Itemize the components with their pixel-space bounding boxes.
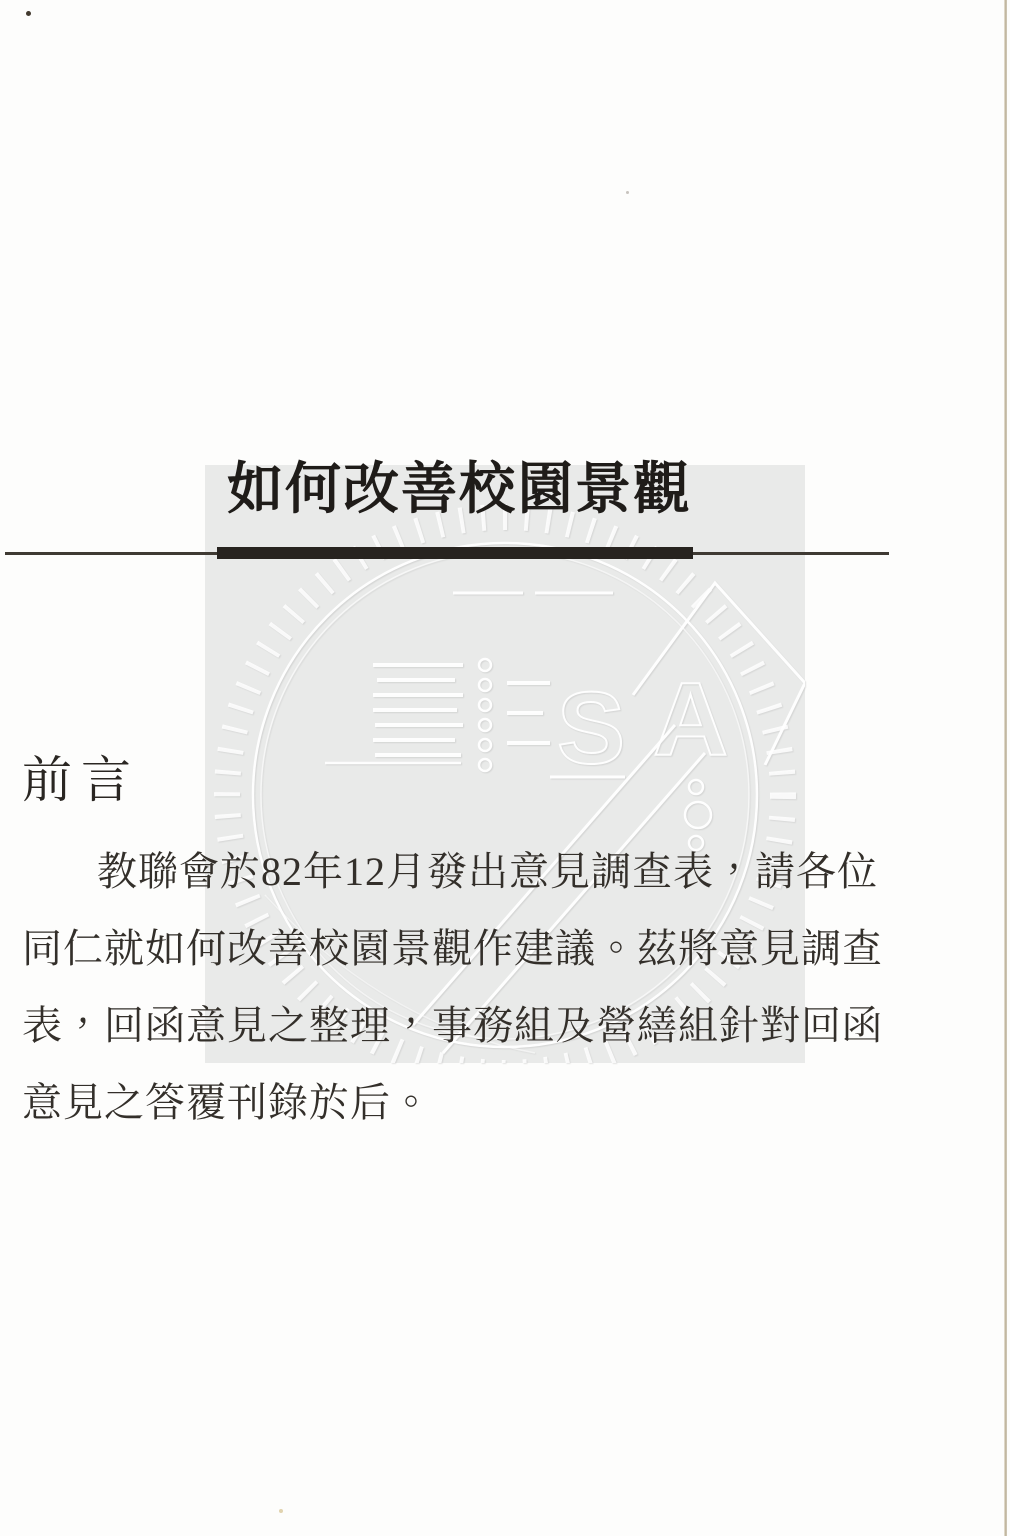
page-title: 如何改善校園景觀 xyxy=(227,460,691,520)
svg-text:A: A xyxy=(653,662,728,778)
paragraph-line: 教聯會於82年12月發出意見調查表，請各位 xyxy=(22,849,878,895)
page-edge-scan-line xyxy=(1004,0,1007,1536)
svg-text:S: S xyxy=(557,671,625,785)
title-rule-thick xyxy=(217,547,693,559)
section-heading: 前言 xyxy=(22,752,140,808)
scan-speck-icon xyxy=(26,11,31,16)
scanned-document-page: S A 如何改善校園景觀 前言 教聯會於82年12月發出意見調查表，請各位 同仁… xyxy=(0,0,1010,1536)
paragraph-line: 表，回函意見之整理，事務組及營繕組針對回函 xyxy=(22,1003,883,1049)
scan-speck-icon xyxy=(279,1509,283,1513)
scan-speck-icon xyxy=(626,191,629,194)
paragraph-line: 意見之答覆刊錄於后。 xyxy=(22,1080,432,1126)
paragraph-line: 同仁就如何改善校園景觀作建議。茲將意見調查 xyxy=(22,926,883,972)
